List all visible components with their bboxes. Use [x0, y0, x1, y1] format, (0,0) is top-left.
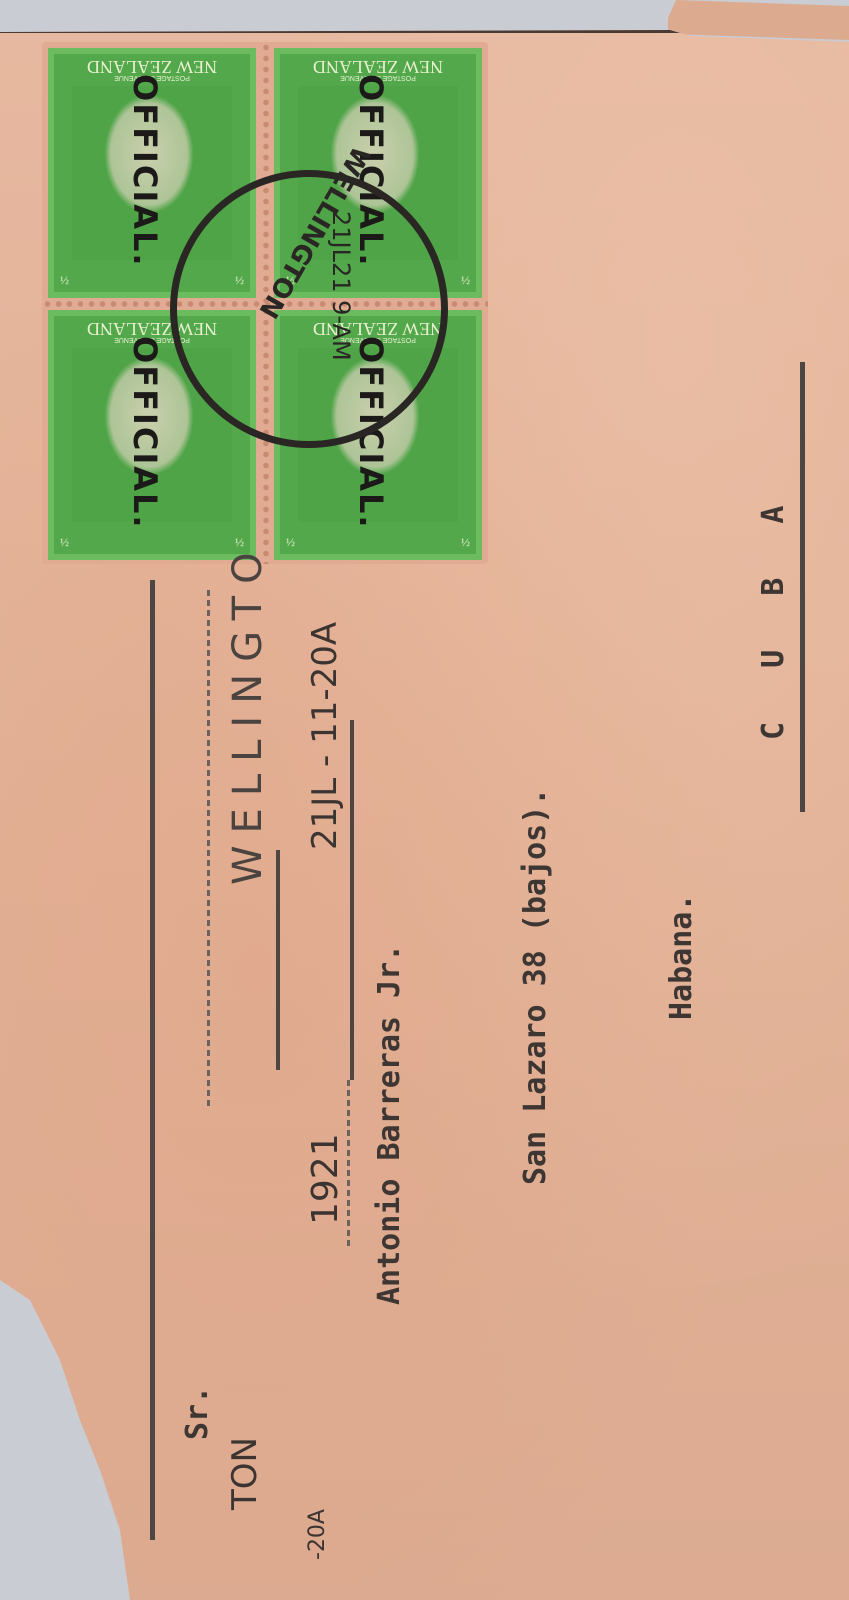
stamp-denomination: ½ — [60, 535, 69, 550]
cancel-date-partial: -20A — [305, 1490, 330, 1560]
circular-postmark: WELLINGTON 21JL21 9-AM — [170, 170, 448, 448]
stamp-denomination: ½ — [60, 273, 69, 288]
address-name: Antonio Barreras Jr. — [372, 745, 407, 1305]
envelope: NEW ZEALAND POSTAGE & REVENUE ½ ½ OFFICI… — [0, 0, 849, 1600]
envelope-back-flap — [668, 0, 849, 40]
cancel-city: WELLINGTO — [225, 585, 271, 885]
cancel-line — [276, 850, 280, 1070]
address-city: Habana. — [664, 820, 699, 1020]
cancel-city-partial: TON — [225, 1430, 265, 1510]
cancel-year: 1921 — [305, 1115, 346, 1225]
stamp-overprint: OFFICIAL. — [126, 336, 164, 530]
cancel-date: 21JL - 11-20A — [305, 590, 345, 850]
address-salutation: Sr. — [180, 1380, 215, 1440]
cancel-dotted-line — [347, 1080, 350, 1250]
cancel-line — [350, 720, 354, 1080]
address-country: C U B A — [756, 440, 791, 740]
cancel-dotted-line — [207, 590, 210, 1110]
stamp-denomination: ½ — [461, 535, 470, 550]
postmark-date: 21JL21 9-AM — [327, 211, 355, 411]
country-underline — [800, 362, 805, 812]
stamp-denomination: ½ — [461, 273, 470, 288]
address-street: San Lazaro 38 (bajos). — [518, 565, 553, 1185]
cancel-line — [150, 580, 155, 1540]
stamp-overprint: OFFICIAL. — [126, 74, 164, 268]
stamp-denomination: ½ — [286, 535, 295, 550]
